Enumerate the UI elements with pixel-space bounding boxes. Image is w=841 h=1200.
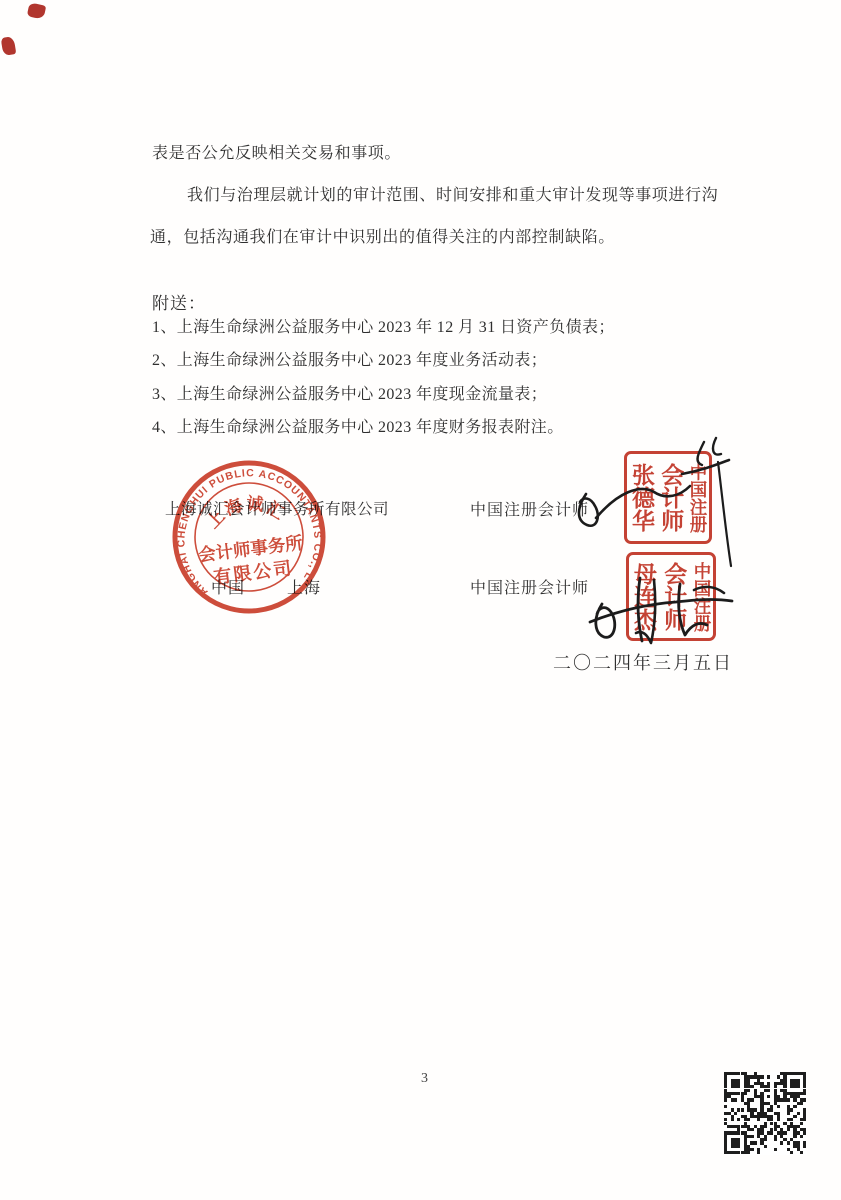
paragraph-line: 通，包括沟通我们在审计中识别出的值得关注的内部控制缺陷。 — [150, 224, 615, 247]
paragraph-line: 表是否公允反映相关交易和事项。 — [152, 140, 401, 163]
paragraph-line: 我们与治理层就计划的审计范围、时间安排和重大审计发现等事项进行沟 — [187, 182, 718, 205]
page-number: 3 — [421, 1071, 428, 1087]
attachment-item: 3、上海生命绿洲公益服务中心 2023 年度现金流量表； — [152, 378, 615, 411]
svg-text:上海诚汇: 上海诚汇 — [200, 488, 291, 534]
red-corner-mark — [27, 2, 47, 19]
attachment-item: 2、上海生命绿洲公益服务中心 2023 年度业务活动表； — [152, 344, 615, 377]
attachment-item: 1、上海生命绿洲公益服务中心 2023 年 12 月 31 日资产负债表； — [152, 311, 615, 344]
document-page: { "page": { "number": "3" }, "paragraphs… — [0, 0, 841, 1200]
cpa-label-2: 中国注册会计师 — [470, 575, 589, 598]
red-corner-mark — [1, 36, 17, 56]
stamp-line1: 上海诚汇 — [200, 488, 291, 534]
attachments-list: 1、上海生命绿洲公益服务中心 2023 年 12 月 31 日资产负债表； 2、… — [152, 311, 615, 445]
signature-zhang — [566, 432, 756, 574]
attachment-item: 4、上海生命绿洲公益服务中心 2023 年度财务报表附注。 — [152, 411, 615, 444]
qr-code — [724, 1072, 807, 1155]
firm-round-stamp-icon: SHANGHAI CHENGHUI PUBLIC ACCOUNTANTS CO.… — [161, 449, 337, 625]
report-date: 二〇二四年三月五日 — [553, 649, 733, 675]
signature-mu — [586, 570, 744, 654]
